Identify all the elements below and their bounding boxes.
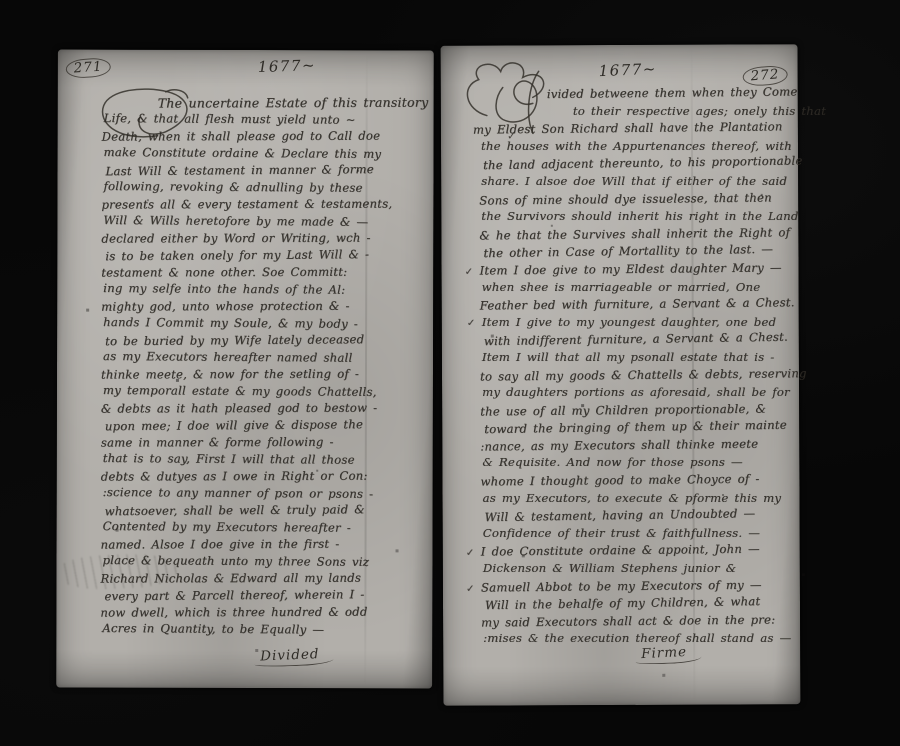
manuscript-line-text: Last Will & testament in manner & forme [105, 162, 373, 178]
manuscript-line: declared either by Word or Writing, wch … [101, 229, 409, 247]
manuscript-line-text: my said Executors shall act & doe in the… [481, 612, 775, 629]
manuscript-line-text: toward the bringing of them up & their m… [484, 418, 787, 436]
margin-checkmark: ✓ [464, 264, 473, 282]
manuscript-line: that is to say, First I will that all th… [103, 450, 411, 469]
paper-specks [461, 76, 462, 77]
manuscript-line: Will & testament, having an Undoubted — [485, 505, 788, 527]
manuscript-line-text: every part & Parcell thereof, wherein I … [104, 587, 364, 603]
manuscript-line-text: my daughters portions as aforesaid, shal… [482, 385, 790, 399]
manuscript-line: ivided betweene them when they Come [547, 84, 782, 104]
manuscript-line: Will & Wills heretofore by me made & — [103, 212, 411, 231]
manuscript-line: is to be taken onely for my Last Will & … [105, 246, 413, 265]
manuscript-line: my Eldest Son Richard shall have the Pla… [473, 119, 782, 140]
manuscript-line: named. Alsoe I doe give in the first - [101, 535, 409, 553]
manuscript-line-text: Acres in Quantity, to be Equally — [102, 621, 324, 637]
manuscript-line-text: upon mee; I doe will give & dispose the [105, 417, 363, 433]
manuscript-line: to be buried by my Wife lately deceased [105, 331, 413, 350]
manuscript-line-text: debts & dutyes as I owe in Right or Con: [101, 469, 368, 484]
manuscript-line: the land adjacent thereunto, to his prop… [483, 153, 786, 175]
manuscript-line: Feather bed with furniture, a Servant & … [480, 294, 783, 315]
manuscript-line-text: testament & none other. Soe Committ: [101, 265, 347, 280]
manuscript-line: mighty god, unto whose protection & - [101, 297, 409, 315]
manuscript-line: thinke meete, & now for the setling of - [101, 365, 409, 383]
manuscript-line-text: Confidence of their trust & faithfullnes… [483, 526, 760, 540]
manuscript-line-text: Item I will that all my psonall estate t… [482, 350, 774, 364]
manuscript-page-left: 271 1677~ The uncertaine Estate of this … [56, 50, 434, 689]
manuscript-line: now dwell, which is three hundred & odd [100, 603, 408, 621]
manuscript-line-text: Samuell Abbot to be my Executors of my — [481, 577, 762, 594]
manuscript-line-text: as my Executors, to execute & pforme thi… [483, 491, 782, 505]
manuscript-line: Death, when it shall please god to Call … [102, 127, 410, 145]
manuscript-line-text: Sons of mine should dye issuelesse, that… [479, 190, 772, 207]
manuscript-line-text: when shee is marriageable or married, On… [482, 279, 761, 293]
manuscript-line: whatsoever, shall be well & truly paid & [105, 501, 413, 520]
manuscript-line-text: whatsoever, shall be well & truly paid & [105, 502, 365, 518]
year-heading-left: 1677~ [258, 56, 317, 76]
margin-checkmark: ✓ [466, 545, 475, 563]
manuscript-line: debts & dutyes as I owe in Right or Con: [101, 467, 409, 485]
manuscript-line-text: with indifferent furniture, a Servant & … [484, 330, 788, 349]
manuscript-line-text: as my Executors hereafter named shall [103, 349, 353, 365]
manuscript-line-text: now dwell, which is three hundred & odd [100, 605, 367, 620]
manuscript-line-text: declared either by Word or Writing, wch … [101, 231, 370, 246]
manuscript-line-text: Item I give to my youngest daughter, one… [482, 315, 776, 329]
manuscript-line: my said Executors shall act & doe in the… [481, 611, 784, 632]
manuscript-line: ✓Item I doe give to my Eldest daughter M… [479, 259, 782, 280]
manuscript-line-text: ing my selfe into the hands of the Al: [103, 281, 345, 297]
manuscript-line-text: to their respective ages; onely this tha… [573, 103, 826, 117]
manuscript-line: the Survivors should inherit his right i… [481, 208, 784, 226]
manuscript-line-text: Contented by my Executors hereafter - [103, 519, 351, 535]
margin-checkmark: ✓ [467, 315, 476, 333]
manuscript-line-text: Will & testament, having an Undoubted — [485, 506, 756, 524]
manuscript-line: share. I alsoe doe Will that if either o… [481, 173, 784, 191]
manuscript-line-text: mighty god, unto whose protection & - [101, 299, 349, 314]
manuscript-line-text: Dickenson & William Stephens junior & [483, 561, 736, 575]
manuscript-line-text: make Constitute ordaine & Declare this m… [104, 145, 382, 161]
manuscript-line-text: the other in Case of Mortallity to the l… [483, 242, 773, 260]
manuscript-scan: { "scan": { "folio_left": "271", "folio_… [0, 0, 900, 746]
manuscript-line: my temporall estate & my goods Chattells… [103, 382, 411, 401]
manuscript-line-text: Will & Wills heretofore by me made & — [103, 213, 368, 229]
manuscript-line-text: Feather bed with furniture, a Servant & … [480, 295, 795, 312]
margin-checkmark: ✓ [466, 580, 475, 598]
manuscript-line-text: thinke meete, & now for the setling of - [101, 367, 359, 382]
manuscript-line-text: hands I Commit my Soule, & my body - [103, 315, 358, 331]
manuscript-line-text: share. I alsoe doe Will that if either o… [481, 174, 787, 188]
manuscript-line-text: named. Alsoe I doe give in the first - [101, 537, 340, 552]
manuscript-line: Contented by my Executors hereafter - [103, 518, 411, 537]
manuscript-line-text: the houses with the Appurtenances thereo… [481, 139, 792, 153]
catchword-left: Divided [254, 646, 334, 668]
manuscript-line: Item I will that all my psonall estate t… [482, 349, 785, 367]
manuscript-line-text: to be buried by my Wife lately deceased [105, 332, 364, 348]
manuscript-line: Life, & that all flesh must yield unto ~ [104, 110, 412, 129]
manuscript-line: same in manner & forme following - [101, 433, 409, 451]
year-heading-right: 1677~ [598, 60, 657, 80]
manuscript-line: upon mee; I doe will give & dispose the [105, 416, 413, 435]
manuscript-line-text: :nance, as my Executors shall thinke mee… [480, 437, 758, 454]
manuscript-line-text: & he that the Survives shall inherit the… [479, 225, 790, 242]
manuscript-line: ing my selfe into the hands of the Al: [103, 280, 411, 299]
manuscript-line: following, revoking & adnulling by these [103, 178, 411, 197]
manuscript-line-text: & debts as it hath pleased god to bestow… [101, 401, 377, 416]
manuscript-line: ✓I doe Constitute ordaine & appoint, Joh… [481, 541, 784, 562]
manuscript-text-block: ivided betweene them when they Cometo th… [479, 84, 784, 648]
manuscript-line: :mises & the execution thereof shall sta… [483, 630, 786, 648]
manuscript-line: when shee is marriageable or married, On… [482, 278, 785, 296]
manuscript-line-text: The uncertaine Estate of this transitory [158, 95, 429, 111]
manuscript-line: Confidence of their trust & faithfullnes… [483, 525, 786, 543]
manuscript-line: my daughters portions as aforesaid, shal… [482, 384, 785, 402]
manuscript-line-text: :mises & the execution thereof shall sta… [483, 631, 791, 645]
manuscript-line: as my Executors hereafter named shall [103, 348, 411, 367]
manuscript-line-text: Will in the behalfe of my Children, & wh… [485, 594, 761, 612]
manuscript-line-text: same in manner & forme following - [101, 435, 334, 450]
manuscript-line: to say all my goods & Chattells & debts,… [480, 365, 783, 386]
manuscript-line-text: whome I thought good to make Choyce of - [480, 472, 759, 489]
manuscript-line: presents all & every testament & testame… [101, 195, 409, 213]
manuscript-line-text: following, revoking & adnulling by these [103, 179, 362, 195]
manuscript-line-text: Death, when it shall please god to Call … [102, 129, 381, 144]
manuscript-page-right: 1677~ 272 ✓ ivided betweene them when th… [441, 44, 801, 706]
manuscript-line-text: :science to any manner of pson or psons … [103, 485, 374, 501]
manuscript-line-text: presents all & every testament & testame… [101, 197, 392, 212]
manuscript-line-text: that is to say, First I will that all th… [103, 451, 355, 467]
manuscript-line: :nance, as my Executors shall thinke mee… [480, 435, 783, 456]
folio-number-left: 271 [65, 57, 111, 79]
catchword-right: Firme [635, 643, 702, 665]
manuscript-line: Sons of mine should dye issuelesse, that… [479, 189, 782, 210]
manuscript-line-text: to say all my goods & Chattells & debts,… [480, 366, 807, 383]
manuscript-line-text: the land adjacent thereunto, to his prop… [483, 154, 803, 173]
manuscript-line: & Requisite. And now for those psons — [482, 454, 785, 472]
manuscript-line: every part & Parcell thereof, wherein I … [104, 586, 412, 605]
paper-specks [58, 50, 59, 51]
manuscript-line-text: ivided betweene them when they Come [547, 84, 798, 101]
manuscript-line-text: & Requisite. And now for those psons — [482, 455, 742, 469]
manuscript-line-text: Life, & that all flesh must yield unto ~ [104, 111, 356, 127]
manuscript-line-text: my Eldest Son Richard shall have the Pla… [473, 120, 783, 137]
manuscript-line-text: Item I doe give to my Eldest daughter Ma… [479, 260, 781, 277]
manuscript-line: testament & none other. Soe Committ: [101, 263, 409, 281]
manuscript-line: whome I thought good to make Choyce of - [480, 470, 783, 491]
manuscript-line: with indifferent furniture, a Servant & … [484, 329, 787, 351]
manuscript-line: Dickenson & William Stephens junior & [483, 560, 786, 578]
manuscript-line-text: is to be taken onely for my Last Will & … [105, 247, 369, 263]
manuscript-line: Acres in Quantity, to be Equally — [102, 620, 410, 639]
manuscript-line-text: the Survivors should inherit his right i… [481, 209, 798, 223]
manuscript-line-text: I doe Constitute ordaine & appoint, John… [481, 542, 760, 559]
manuscript-line: The uncertaine Estate of this transitory [158, 94, 410, 112]
manuscript-line-text: the use of all my Children proportionabl… [480, 401, 766, 418]
manuscript-line: & debts as it hath pleased god to bestow… [101, 399, 409, 417]
manuscript-line: to their respective ages; onely this tha… [573, 102, 784, 120]
manuscript-line: Last Will & testament in manner & forme [105, 161, 413, 180]
manuscript-line-text: my temporall estate & my goods Chattells… [103, 383, 377, 399]
